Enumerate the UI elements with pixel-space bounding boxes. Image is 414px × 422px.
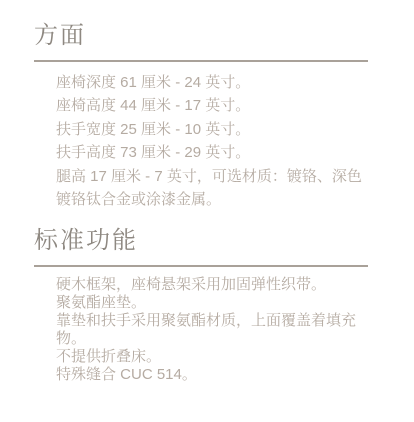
- feature-item-padding: 靠垫和扶手采用聚氨酯材质，上面覆盖着填充物。: [56, 312, 368, 348]
- spec-item-arm-height: 扶手高度 73 厘米 - 29 英寸。: [56, 141, 368, 165]
- features-list: 硬木框架，座椅悬架采用加固弹性织带。 聚氨酯座垫。 靠垫和扶手采用聚氨酯材质，上…: [34, 267, 368, 384]
- feature-item-frame: 硬木框架，座椅悬架采用加固弹性织带。: [56, 276, 368, 294]
- spec-item-seat-height: 座椅高度 44 厘米 - 17 英寸。: [56, 94, 368, 118]
- feature-item-cushion: 聚氨酯座垫。: [56, 294, 368, 312]
- feature-item-no-bed: 不提供折叠床。: [56, 348, 368, 366]
- spec-item-seat-depth: 座椅深度 61 厘米 - 24 英寸。: [56, 71, 368, 95]
- feature-item-stitching: 特殊缝合 CUC 514。: [56, 366, 368, 384]
- product-spec-page: 方面 座椅深度 61 厘米 - 24 英寸。 座椅高度 44 厘米 - 17 英…: [0, 0, 414, 384]
- dimensions-list: 座椅深度 61 厘米 - 24 英寸。 座椅高度 44 厘米 - 17 英寸。 …: [34, 62, 368, 212]
- features-section: 标准功能 硬木框架，座椅悬架采用加固弹性织带。 聚氨酯座垫。 靠垫和扶手采用聚氨…: [34, 227, 368, 384]
- dimensions-section: 方面 座椅深度 61 厘米 - 24 英寸。 座椅高度 44 厘米 - 17 英…: [34, 22, 368, 212]
- features-section-title: 标准功能: [34, 227, 368, 256]
- spec-item-leg-height: 腿高 17 厘米 - 7 英寸，可选材质：镀铬、深色镀铬钛合金或涂漆金属。: [56, 165, 368, 212]
- dimensions-section-title: 方面: [34, 22, 368, 51]
- spec-item-arm-width: 扶手宽度 25 厘米 - 10 英寸。: [56, 118, 368, 142]
